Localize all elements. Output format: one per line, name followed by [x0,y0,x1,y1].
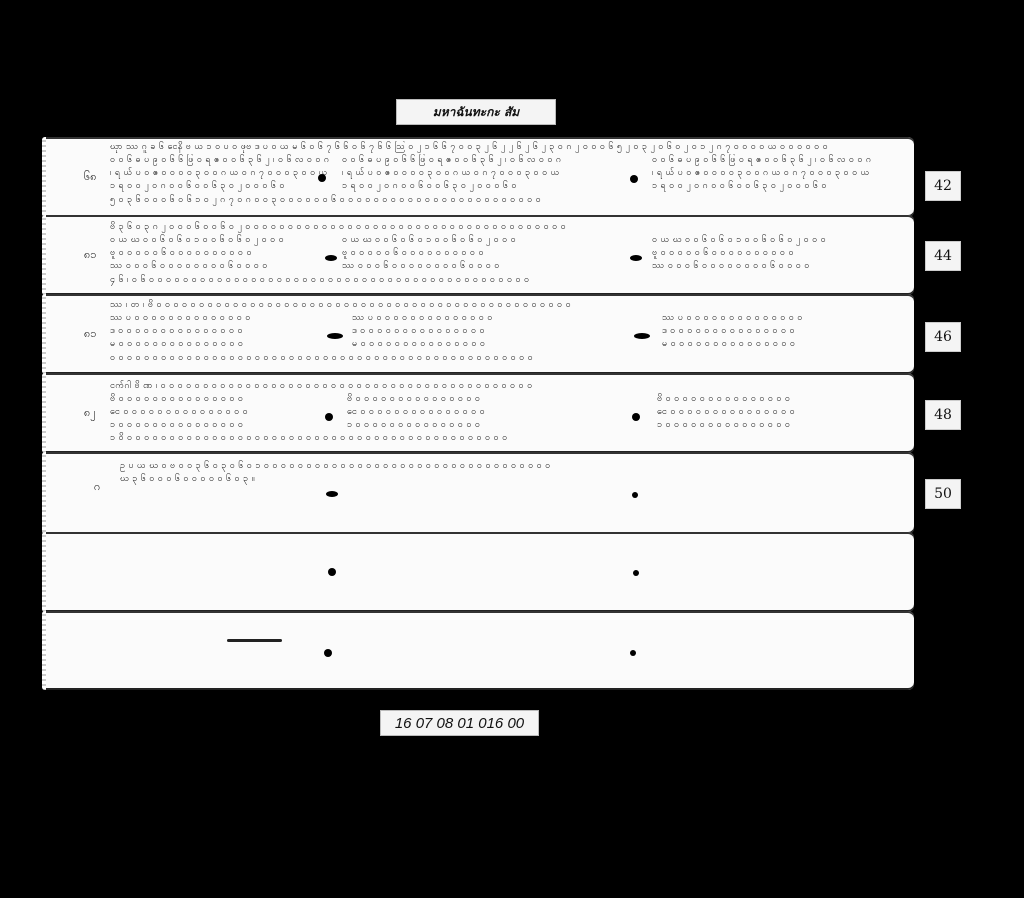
leaf-text-line: ၊ ရ ယ် ပ ဝ ဧ ၀ ၀ ၀ ၀ ၃ ၀ ၀ ဂ ယ ၀ ဂ ၇ ၀ ၀… [110,167,340,180]
leaf-text-line: ဗူ ၀ ၀ ၀ ၀ ၀ ၆ ၀ ၀ ၀ ၀ ၀ ၀ ၀ ၀ ၀ ၀ [652,247,902,260]
string-hole [632,492,638,498]
leaf-text-line: ဿ ၊ တ ၊ ဗိ ၀ ၀ ၀ ၀ ၀ ၀ ၀ ၀ ၀ ၀ ၀ ၀ ၀ ၀ ၀… [110,299,905,312]
leaf-margin-numeral: ၆၈ [84,170,96,186]
palm-leaf-5: ဂ ဥ ပ ယ ဃ ၀ ဗ ၀ ၀ ၃ ၆ ၀ ၃ ၀ ၆ ၀ ၁ ၀ ၀ ၀ … [42,452,914,534]
string-hole [630,175,638,183]
leaf-edge [42,532,46,612]
leaf-text-line: ဝ ၀ ၆ ဓ ပ ၉ ၀ ၆ ၆ ဖြ ၀ ရ ဧ ၀ ၀ ၆ ၃ ၆ ၂ ၊… [110,154,340,167]
page-number-tag: 50 [925,479,961,509]
page-number-tag: 44 [925,241,961,271]
string-hole [325,413,333,421]
leaf-edge [42,373,46,453]
palm-leaf-7-blank [42,611,914,690]
leaf-margin-numeral: ဂ [94,480,100,496]
string-hole [318,174,326,182]
leaf-text-line: ငက်ဂါ ဗိ ဏ ၊ ၀ ၀ ၀ ၀ ၀ ၀ ၀ ၀ ၀ ၀ ၀ ၀ ၀ ၀… [110,380,905,393]
leaf-text-line: ဝ ယ ဃ ၀ ၀ ၆ ၀ ၆ ၀ ၁ ၀ ၀ ၆ ၀ ၆ ၀ ၂ ၀ ၀ ၀ [342,234,612,247]
leaf-text-line: ဿ ၀ ၀ ၀ ၆ ၀ ၀ ၀ ၀ ၀ ၀ ၀ ၀ ၆ ၀ ၀ ၀ ၀ [110,260,340,273]
leaf-text-line: ဿ ပ ၀ ၀ ၀ ၀ ၀ ၀ ၀ ၀ ၀ ၀ ၀ ၀ ၀ ၀ [110,312,340,325]
leaf-edge [42,452,46,534]
string-hole [328,568,336,576]
leaf-text-line: မ ၀ ၀ ၀ ၀ ၀ ၀ ၀ ၀ ၀ ၀ ၀ ၀ ၀ ၀ ၀ [110,338,340,351]
leaf-edge [42,215,46,295]
manuscript-title-label: มหาฉันทะกะ สัม [396,99,556,125]
string-hole [327,333,343,339]
string-hole [632,413,640,421]
leaf-text-line: ၁ ၀ ၀ ၀ ၀ ၀ ၀ ၀ ၀ ၀ ၀ ၀ ၀ ၀ ၀ ၀ [347,419,612,432]
string-hole [326,491,338,497]
leaf-text-line: ငေ ၀ ၀ ၀ ၀ ၀ ၀ ၀ ၀ ၀ ၀ ၀ ၀ ၀ ၀ ၀ [657,406,902,419]
leaf-text-line: ဗိ ၀ ၀ ၀ ၀ ၀ ၀ ၀ ၀ ၀ ၀ ၀ ၀ ၀ ၀ ၀ [657,393,902,406]
leaf-text-line: ၁ ရ ၀ ၀ ၂ ၀ ဂ ၀ ၀ ၆ ၀ ၀ ၆ ၃ ၀ ၂ ၀ ၀ ၀ ၆ … [652,180,902,193]
leaf-text-line: ဿ ပ ၀ ၀ ၀ ၀ ၀ ၀ ၀ ၀ ၀ ၀ ၀ ၀ ၀ ၀ [352,312,612,325]
palm-leaf-3: ၈၁ ဿ ၊ တ ၊ ဗိ ၀ ၀ ၀ ၀ ၀ ၀ ၀ ၀ ၀ ၀ ၀ ၀ ၀ … [42,294,914,374]
leaf-text-line: ဗိ ၃ ၆ ၀ ၃ ဂ ၂ ၀ ၀ ၀ ၆ ၀ ၀ ၆ ၀ ၂ ၀ ၀ ၀ ၀… [110,221,905,234]
palm-leaf-4: ၈၂ ငက်ဂါ ဗိ ဏ ၊ ၀ ၀ ၀ ၀ ၀ ၀ ၀ ၀ ၀ ၀ ၀ ၀ … [42,373,914,453]
leaf-text-line: ဃုာ ဿ ဂူ ခ ၆ ငေနိ ဗ ယ ၁ ဝ ပ ၀ ဖုဗ ဒ ပ ၀ … [110,141,905,154]
page-number-tag: 42 [925,171,961,201]
leaf-text-line: ငေ ၀ ၀ ၀ ၀ ၀ ၀ ၀ ၀ ၀ ၀ ၀ ၀ ၀ ၀ ၀ [347,406,612,419]
string-hole [630,255,642,261]
palm-leaf-6-blank [42,532,914,612]
leaf-text-line: ဝ ၀ ၆ ဓ ပ ၉ ၀ ၆ ၆ ဖြ ၀ ရ ဧ ၀ ၀ ၆ ၃ ၆ ၂ ၊… [342,154,612,167]
leaf-text-line: ဗိ ၀ ၀ ၀ ၀ ၀ ၀ ၀ ၀ ၀ ၀ ၀ ၀ ၀ ၀ ၀ [347,393,612,406]
leaf-text-line: ၁ ဝိ ၀ ၀ ၀ ၀ ၀ ၀ ၀ ၀ ၀ ၀ ၀ ၀ ၀ ၀ ၀ ၀ ၀ ၀… [110,432,905,445]
leaf-text-line: ဃ ၃ ၆ ၀ ၀ ၀ ၆ ၀ ၀ ၀ ၀ ၀ ၆ ၀ ၃ ၊၊ [120,473,320,486]
string-hole [324,649,332,657]
palm-leaf-1: ၆၈ ဃုာ ဿ ဂူ ခ ၆ ငေနိ ဗ ယ ၁ ဝ ပ ၀ ဖုဗ ဒ ပ… [42,137,914,217]
leaf-edge [42,137,46,217]
leaf-margin-numeral: ၈၁ [84,248,96,264]
leaf-text-line: ဥ ပ ယ ဃ ၀ ဗ ၀ ၀ ၃ ၆ ၀ ၃ ၀ ၆ ၀ ၁ ၀ ၀ ၀ ၀ … [120,460,905,473]
leaf-margin-numeral: ၈၁ [84,327,96,343]
leaf-margin-numeral: ၈၂ [84,406,96,422]
ink-smudge [227,639,282,642]
palm-leaf-2: ၈၁ ဗိ ၃ ၆ ၀ ၃ ဂ ၂ ၀ ၀ ၀ ၆ ၀ ၀ ၆ ၀ ၂ ၀ ၀ … [42,215,914,295]
leaf-text-line: ဗူ ၀ ၀ ၀ ၀ ၀ ၆ ၀ ၀ ၀ ၀ ၀ ၀ ၀ ၀ ၀ ၀ [342,247,612,260]
leaf-text-line: ဒ ၀ ၀ ၀ ၀ ၀ ၀ ၀ ၀ ၀ ၀ ၀ ၀ ၀ ၀ ၀ [662,325,902,338]
reel-number-label: 16 07 08 01 016 00 [380,710,539,736]
leaf-text-line: ဿ ၀ ၀ ၀ ၆ ၀ ၀ ၀ ၀ ၀ ၀ ၀ ၀ ၆ ၀ ၀ ၀ ၀ [652,260,902,273]
leaf-text-line: ၄ ၆ ၊ ၀ ၆ ၀ ၀ ၀ ၀ ၀ ၀ ၀ ၀ ၀ ၀ ၀ ၀ ၀ ၀ ၀ … [110,274,905,287]
string-hole [634,333,650,339]
leaf-text-line: ဝ ၀ ၆ ဓ ပ ၉ ၀ ၆ ၆ ဖြ ၀ ရ ဧ ၀ ၀ ၆ ၃ ၆ ၂ ၊… [652,154,902,167]
leaf-edge [42,611,46,690]
leaf-text-line: ဗိ ၀ ၀ ၀ ၀ ၀ ၀ ၀ ၀ ၀ ၀ ၀ ၀ ၀ ၀ ၀ [110,393,340,406]
leaf-text-line: ၊ ရ ယ် ပ ဝ ဧ ၀ ၀ ၀ ၀ ၃ ၀ ၀ ဂ ယ ၀ ဂ ၇ ၀ ၀… [652,167,902,180]
leaf-text-line: မ ၀ ၀ ၀ ၀ ၀ ၀ ၀ ၀ ၀ ၀ ၀ ၀ ၀ ၀ ၀ [352,338,612,351]
string-hole [630,650,636,656]
page-number-tag: 46 [925,322,961,352]
leaf-text-line: မ ၀ ၀ ၀ ၀ ၀ ၀ ၀ ၀ ၀ ၀ ၀ ၀ ၀ ၀ ၀ [662,338,902,351]
leaf-text-line: ဝ ယ ဃ ၀ ၀ ၆ ၀ ၆ ၀ ၁ ၀ ၀ ၆ ၀ ၆ ၀ ၂ ၀ ၀ ၀ [110,234,340,247]
leaf-text-line: ဗူ ၀ ၀ ၀ ၀ ၀ ၆ ၀ ၀ ၀ ၀ ၀ ၀ ၀ ၀ ၀ ၀ [110,247,340,260]
leaf-text-line: ၁ ၀ ၀ ၀ ၀ ၀ ၀ ၀ ၀ ၀ ၀ ၀ ၀ ၀ ၀ ၀ [110,419,340,432]
leaf-text-line: ၅ ၀ ၃ ၆ ၀ ၀ ၀ ၆ ၀ ၆ ၁ ၀ ၂ ဂ ၇ ၀ ဂ ၀ ၀ ၃ … [110,194,905,207]
leaf-text-line: ၊ ရ ယ် ပ ဝ ဧ ၀ ၀ ၀ ၀ ၃ ၀ ၀ ဂ ယ ၀ ဂ ၇ ၀ ၀… [342,167,612,180]
page-number-tag: 48 [925,400,961,430]
leaf-edge [42,294,46,374]
leaf-text-line: ဝ ယ ဃ ၀ ၀ ၆ ၀ ၆ ၀ ၁ ၀ ၀ ၆ ၀ ၆ ၀ ၂ ၀ ၀ ၀ [652,234,902,247]
leaf-text-line: ၁ ၀ ၀ ၀ ၀ ၀ ၀ ၀ ၀ ၀ ၀ ၀ ၀ ၀ ၀ ၀ [657,419,902,432]
string-hole [633,570,639,576]
leaf-text-line: ဒ ၀ ၀ ၀ ၀ ၀ ၀ ၀ ၀ ၀ ၀ ၀ ၀ ၀ ၀ ၀ [110,325,340,338]
leaf-text-line: ၁ ရ ၀ ၀ ၂ ၀ ဂ ၀ ၀ ၆ ၀ ၀ ၆ ၃ ၀ ၂ ၀ ၀ ၀ ၆ … [110,180,340,193]
string-hole [325,255,337,261]
leaf-text-line: ဝ ၀ ၀ ၀ ၀ ၀ ၀ ၀ ၀ ၀ ၀ ၀ ၀ ၀ ၀ ၀ ၀ ၀ ၀ ၀ … [110,352,905,365]
leaf-text-line: ဿ ၀ ၀ ၀ ၆ ၀ ၀ ၀ ၀ ၀ ၀ ၀ ၀ ၆ ၀ ၀ ၀ ၀ [342,260,612,273]
leaf-text-line: ၁ ရ ၀ ၀ ၂ ၀ ဂ ၀ ၀ ၆ ၀ ၀ ၆ ၃ ၀ ၂ ၀ ၀ ၀ ၆ … [342,180,612,193]
leaf-text-line: ငေ ၀ ၀ ၀ ၀ ၀ ၀ ၀ ၀ ၀ ၀ ၀ ၀ ၀ ၀ ၀ [110,406,340,419]
leaf-text-line: ဒ ၀ ၀ ၀ ၀ ၀ ၀ ၀ ၀ ၀ ၀ ၀ ၀ ၀ ၀ ၀ [352,325,612,338]
leaf-text-line: ဿ ပ ၀ ၀ ၀ ၀ ၀ ၀ ၀ ၀ ၀ ၀ ၀ ၀ ၀ ၀ [662,312,902,325]
